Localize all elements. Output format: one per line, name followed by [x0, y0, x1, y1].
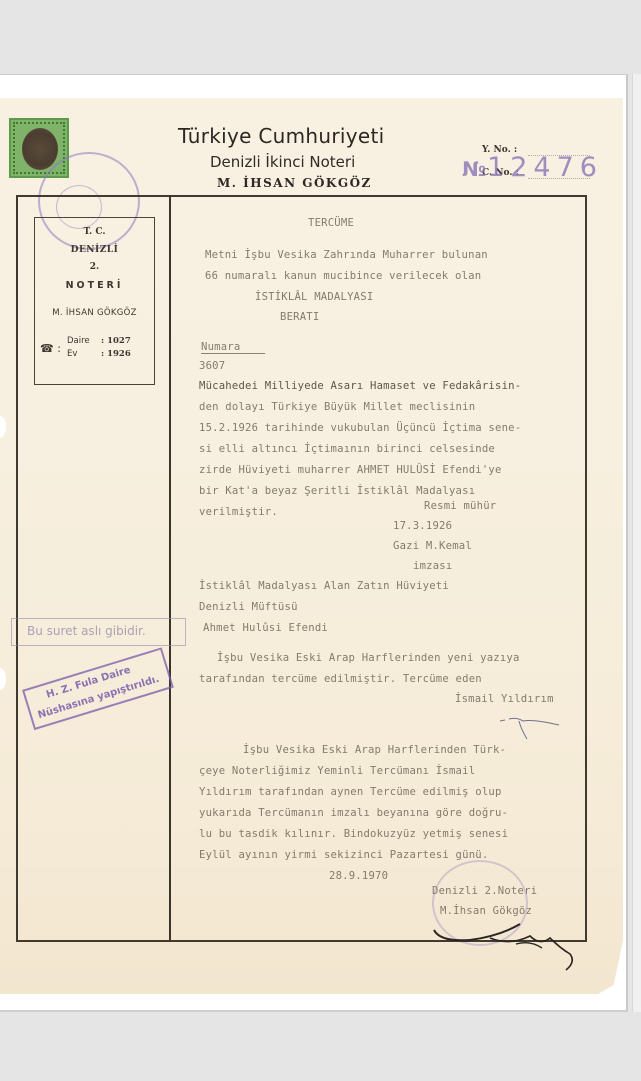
notary-sign-line: M.İhsan Gökgöz — [440, 905, 532, 917]
numero-sign: № — [462, 157, 486, 181]
notary-sign-line: Denizli 2.Noteri — [432, 885, 537, 897]
phone-label: Ev — [67, 349, 77, 359]
recipient-line: İstiklâl Madalyası Alan Zatın Hüviyeti — [199, 580, 449, 592]
paragraph-line: çeye Noterliğimiz Yeminli Tercümanı İsma… — [199, 765, 475, 777]
paragraph-line: zirde Hüviyeti muharrer AHMET HULÛSİ Efe… — [199, 464, 502, 476]
number-label: Numara — [201, 341, 265, 354]
telephone-icon: ☎ : — [40, 342, 61, 355]
paragraph-line: Mücahedei Milliyede Asarı Hamaset ve Fed… — [199, 380, 521, 392]
notary-signature — [430, 918, 580, 978]
letterhead-subtitle: Denizli İkinci Noteri — [210, 153, 355, 171]
intro-title: İSTİKLÂL MADALYASI — [255, 291, 373, 303]
paragraph-line: Eylül ayının yirmi sekizinci Pazartesi g… — [199, 849, 488, 861]
phone-row-home: Ev : 1926 — [67, 349, 77, 359]
recipient-line: Ahmet Hulûsi Efendi — [203, 622, 328, 634]
phone-row-office: Daire : 1027 — [67, 336, 90, 346]
form-divider — [169, 195, 171, 942]
certified-copy-stamp: Bu suret aslı gibidir. — [11, 618, 186, 646]
phone-value: : 1027 — [101, 336, 131, 346]
paragraph-line: 15.2.1926 tarihinde vukubulan Üçüncü İçt… — [199, 422, 521, 434]
notary-info-box: T. C. DENİZLİ 2. NOTERİ M. İHSAN GÖKGÖZ … — [34, 217, 155, 385]
paragraph-line: yukarıda Tercümanın imzalı beyanına göre… — [199, 807, 508, 819]
number-value: 3607 — [199, 360, 225, 372]
punch-hole — [0, 416, 6, 438]
recipient-line: Denizli Müftüsü — [199, 601, 298, 613]
letterhead-notary-name: M. İHSAN GÖKGÖZ — [217, 176, 372, 190]
paragraph-line: bir Kat'a beyaz Şeritli İstiklâl Madalya… — [199, 485, 475, 497]
letterhead-title: Türkiye Cumhuriyeti — [178, 124, 385, 148]
registry-number-stamp: №12476 — [462, 152, 603, 183]
paragraph-line: lu bu tasdik kılınır. Bindokuzyüz yetmiş… — [199, 828, 508, 840]
final-date: 28.9.1970 — [329, 870, 388, 882]
paragraph-line: Yıldırım tarafından aynen Tercüme edilmi… — [199, 786, 502, 798]
intro-title: BERATI — [280, 311, 319, 323]
heading: TERCÜME — [308, 217, 354, 229]
intro-line: 66 numaralı kanun mucibince verilecek ol… — [205, 270, 481, 282]
translator-name: İsmail Yıldırım — [455, 693, 554, 705]
translator-signature — [497, 715, 567, 745]
phone-label: Daire — [67, 336, 90, 346]
sidebox-office: NOTERİ — [35, 280, 154, 291]
phone-value: : 1926 — [101, 349, 131, 359]
seal-imza: imzası — [413, 560, 452, 572]
seal-label: Resmi mühür — [424, 500, 496, 512]
paragraph-line: si elli altıncı İçtimaının birinci celse… — [199, 443, 495, 455]
paragraph-line: den dolayı Türkiye Büyük Millet meclisin… — [199, 401, 475, 413]
intro-line: Metni İşbu Vesika Zahrında Muharrer bulu… — [205, 249, 488, 261]
sidebox-number: 2. — [35, 262, 154, 272]
sidebox-tc: T. C. — [35, 227, 154, 237]
translation-line: tarafından tercüme edilmiştir. Tercüme e… — [199, 673, 482, 685]
translation-line: İşbu Vesika Eski Arap Harflerinden yeni … — [217, 652, 520, 664]
scrollbar-track[interactable] — [632, 74, 641, 1012]
paragraph-line: İşbu Vesika Eski Arap Harflerinden Türk- — [243, 744, 506, 756]
seal-signer: Gazi M.Kemal — [393, 540, 472, 552]
sidebox-city: DENİZLİ — [35, 245, 154, 255]
punch-hole — [0, 668, 6, 690]
seal-date: 17.3.1926 — [393, 520, 452, 532]
registry-number: 12476 — [487, 152, 603, 183]
sidebox-name: M. İHSAN GÖKGÖZ — [35, 308, 154, 318]
paragraph-line: verilmiştir. — [199, 506, 278, 518]
